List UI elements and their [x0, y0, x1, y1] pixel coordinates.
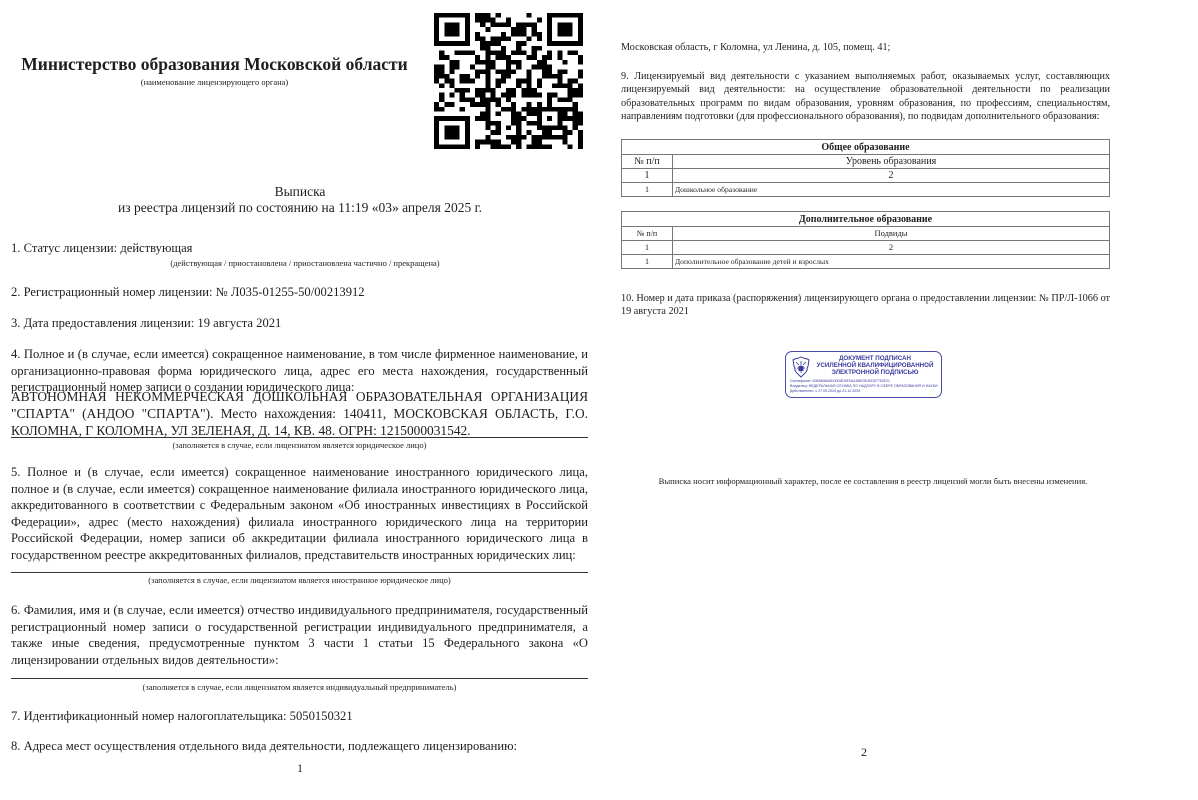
document-page-2: Московская область, г Коломна, ул Ленина… [600, 0, 1198, 800]
item-6-entrepreneur-label: 6. Фамилия, имя и (в случае, если имеетс… [11, 602, 588, 668]
column-header: № п/п [622, 155, 673, 169]
row-number: 1 [622, 183, 673, 197]
extract-subtitle: из реестра лицензий по состоянию на 11:1… [0, 200, 600, 216]
general-education-table: Общее образование № п/п Уровень образова… [621, 139, 1110, 197]
item-7-inn: 7. Идентификационный номер налогоплатель… [11, 708, 588, 725]
qr-code-icon[interactable] [434, 13, 583, 149]
item-6-rule [11, 678, 588, 679]
item-8-addresses-label: 8. Адреса мест осуществления отдельного … [11, 738, 588, 755]
item-10-order-number: 10. Номер и дата приказа (распоряжения) … [621, 292, 1110, 319]
extract-title: Выписка [0, 184, 600, 200]
item-4-legal-entity-value: АВТОНОМНАЯ НЕКОММЕРЧЕСКАЯ ДОШКОЛЬНАЯ ОБР… [11, 388, 588, 439]
item-9-licensed-activity: 9. Лицензируемый вид деятельности с указ… [621, 70, 1110, 124]
coat-of-arms-icon [791, 356, 811, 378]
item-6-caption: (заполняется в случае, если лицензиатом … [11, 682, 588, 692]
index-cell: 1 [622, 241, 673, 255]
item-1-caption: (действующая / приостановлена / приостан… [140, 258, 470, 268]
item-5-foreign-entity-label: 5. Полное и (в случае, если имеется) сок… [11, 464, 588, 564]
item-2-registration-number: 2. Регистрационный номер лицензии: № Л03… [11, 284, 588, 301]
licensing-authority-caption: (наименование лицензирующего органа) [12, 77, 417, 87]
index-cell: 2 [673, 241, 1110, 255]
index-cell: 2 [673, 169, 1110, 183]
electronic-signature-stamp: ДОКУМЕНТ ПОДПИСАН УСИЛЕННОЙ КВАЛИФИЦИРОВ… [785, 351, 942, 398]
table-title: Общее образование [622, 140, 1110, 155]
additional-education-table: Дополнительное образование № п/п Подвиды… [621, 211, 1110, 269]
item-5-rule [11, 572, 588, 573]
column-header: Подвиды [673, 227, 1110, 241]
document-page-1: Министерство образования Московской обла… [0, 0, 600, 800]
row-number: 1 [622, 255, 673, 269]
stamp-validity: Действителен: с 27.09.2024 до 21.12.2025 [790, 389, 940, 394]
page-number: 1 [280, 761, 320, 776]
item-4-rule [11, 437, 588, 438]
table-row: 1 Дошкольное образование [622, 183, 1110, 197]
item-4-caption: (заполняется в случае, если лицензиатом … [11, 440, 588, 450]
table-row: 1 Дополнительное образование детей и взр… [622, 255, 1110, 269]
table-title: Дополнительное образование [622, 212, 1110, 227]
column-header: Уровень образования [673, 155, 1110, 169]
activity-address: Московская область, г Коломна, ул Ленина… [621, 41, 1110, 54]
item-5-caption: (заполняется в случае, если лицензиатом … [11, 575, 588, 585]
extract-heading: Выписка из реестра лицензий по состоянию… [0, 184, 600, 216]
education-subtype: Дополнительное образование детей и взрос… [673, 255, 1110, 269]
page-number: 2 [844, 745, 884, 760]
education-level: Дошкольное образование [673, 183, 1110, 197]
informational-note: Выписка носит информационный характер, п… [609, 476, 1137, 486]
index-cell: 1 [622, 169, 673, 183]
stamp-heading: ДОКУМЕНТ ПОДПИСАН УСИЛЕННОЙ КВАЛИФИЦИРОВ… [810, 355, 940, 377]
item-3-issue-date: 3. Дата предоставления лицензии: 19 авгу… [11, 315, 588, 332]
item-1-license-status: 1. Статус лицензии: действующая [11, 240, 588, 257]
column-header: № п/п [622, 227, 673, 241]
licensing-authority-title: Министерство образования Московской обла… [12, 54, 417, 75]
